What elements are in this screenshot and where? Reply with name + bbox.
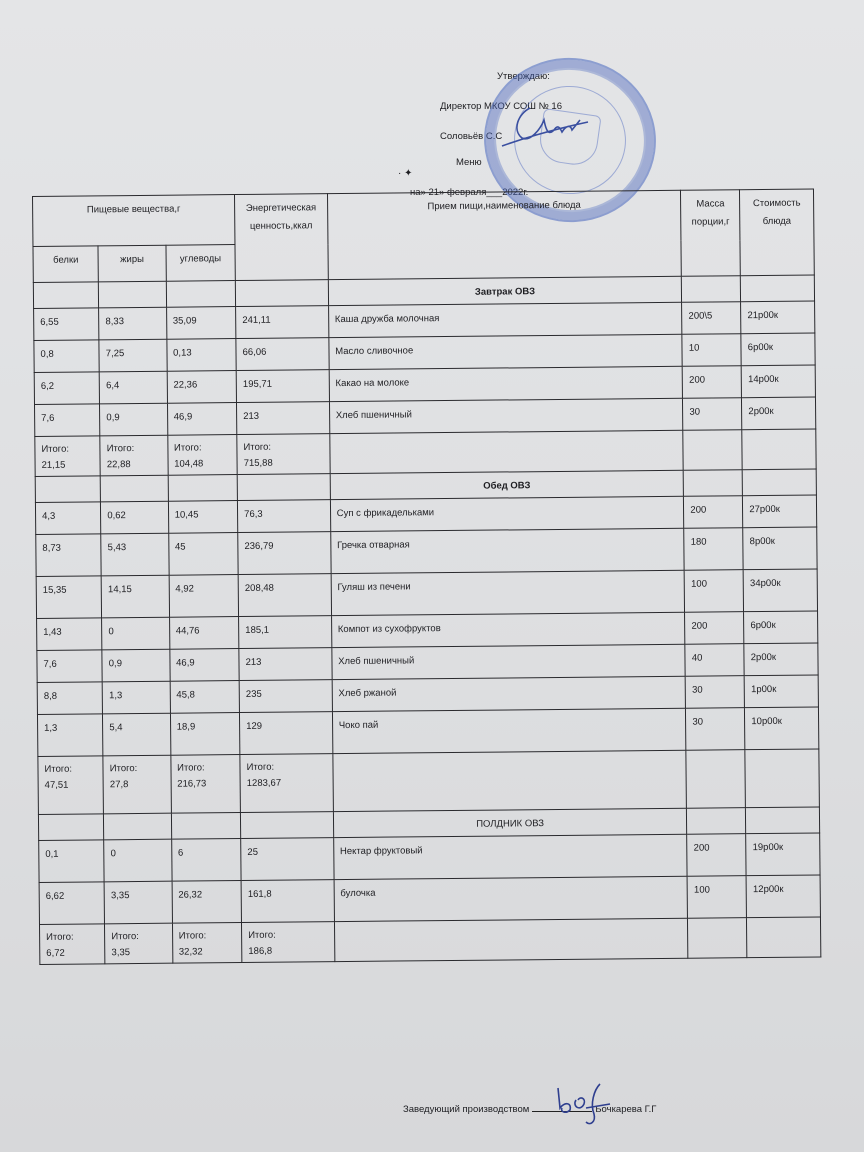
cell-name: Гуляш из печени — [331, 570, 685, 615]
total-value: 6,72 — [46, 946, 98, 963]
empty-cell — [682, 276, 741, 303]
cell-proteins: 15,35 — [36, 576, 102, 619]
cell-cost: 10р00к — [745, 707, 819, 750]
total-value: 21,15 — [42, 458, 94, 475]
cell-name: Суп с фрикадельками — [330, 496, 684, 531]
total-label: Итого: — [111, 929, 166, 946]
cell-carbs: 22,36 — [167, 371, 237, 404]
cell-cost: 14р00к — [741, 365, 815, 398]
cell-energy: 241,11 — [236, 306, 329, 339]
total-value: 32,32 — [179, 944, 236, 961]
total-carbs: Итого:32,32 — [172, 923, 242, 964]
cell-energy: 236,79 — [238, 532, 331, 575]
total-fats: Итого:27,8 — [103, 755, 171, 814]
table-row: 0,10625Нектар фруктовый20019р00к — [39, 833, 820, 882]
cell-energy: 235 — [239, 680, 332, 713]
empty-cell — [683, 430, 742, 471]
empty-cell — [684, 470, 743, 497]
cell-name: Компот из сухофруктов — [331, 612, 685, 647]
cell-fats: 0,9 — [100, 403, 168, 436]
signature-line — [532, 1111, 592, 1112]
cell-fats: 3,35 — [104, 881, 172, 924]
cell-mass: 200\5 — [682, 302, 741, 335]
cell-cost: 19р00к — [746, 833, 820, 876]
cell-energy: 208,48 — [238, 574, 331, 617]
cell-fats: 0 — [102, 617, 170, 650]
cell-energy: 185,1 — [239, 616, 332, 649]
total-label: Итого: — [243, 439, 323, 456]
cell-proteins: 6,55 — [34, 308, 100, 341]
cell-proteins: 4,3 — [35, 502, 101, 535]
cell-mass: 40 — [685, 644, 744, 677]
cell-name: Масло сливочное — [329, 334, 683, 369]
cell-carbs: 45 — [168, 533, 238, 576]
cell-name: Хлеб ржаной — [332, 676, 686, 711]
cell-cost: 21р00к — [741, 301, 815, 334]
cell-mass: 200 — [687, 834, 746, 877]
cell-carbs: 44,76 — [169, 617, 239, 650]
cell-name: Хлеб пшеничный — [329, 398, 683, 433]
header-nutrients: Пищевые вещества,г — [33, 195, 236, 247]
cell-proteins: 6,2 — [34, 372, 100, 405]
empty-cell — [99, 281, 167, 308]
cell-mass: 180 — [684, 528, 743, 571]
total-energy: Итого:1283,67 — [240, 754, 333, 813]
cell-proteins: 8,8 — [37, 682, 103, 715]
cell-energy: 66,06 — [236, 338, 329, 371]
cell-name: Чоко пай — [332, 708, 686, 753]
document-page: Утверждаю: Директор МКОУ СОШ № 16 Соловь… — [0, 0, 864, 1152]
total-label: Итого: — [177, 760, 234, 777]
empty-cell — [38, 814, 103, 841]
total-energy: Итого:186,8 — [242, 922, 335, 963]
total-label: Итого: — [41, 441, 93, 458]
cell-mass: 200 — [684, 496, 743, 529]
empty-cell — [329, 430, 683, 473]
empty-cell — [747, 917, 821, 958]
total-label: Итого: — [174, 440, 231, 457]
empty-cell — [745, 749, 819, 808]
empty-cell — [104, 813, 172, 840]
cell-carbs: 18,9 — [170, 713, 240, 756]
total-label: Итого: — [110, 761, 165, 778]
cell-energy: 25 — [241, 838, 334, 881]
total-carbs: Итого:104,48 — [167, 435, 237, 476]
total-proteins: Итого:47,51 — [38, 756, 104, 815]
empty-cell — [688, 918, 747, 959]
empty-cell — [687, 808, 746, 835]
cell-fats: 7,25 — [99, 339, 167, 372]
empty-cell — [334, 918, 688, 961]
total-fats: Итого:22,88 — [100, 435, 168, 476]
cell-carbs: 26,32 — [172, 881, 242, 924]
menu-title: Меню — [456, 158, 482, 168]
cell-fats: 0 — [104, 839, 172, 882]
cell-mass: 200 — [683, 366, 742, 399]
cell-name: Каша дружба молочная — [328, 302, 682, 337]
total-value: 186,8 — [248, 943, 328, 960]
cell-cost: 27р00к — [743, 495, 817, 528]
total-proteins: Итого:6,72 — [39, 924, 105, 965]
cell-energy: 129 — [240, 712, 333, 755]
cell-energy: 195,71 — [236, 370, 329, 403]
cell-fats: 0,9 — [102, 649, 170, 682]
section-title: Завтрак ОВЗ — [328, 276, 682, 305]
empty-cell — [171, 813, 241, 840]
cell-energy: 213 — [237, 402, 330, 435]
cell-name: Гречка отварная — [330, 528, 684, 573]
cell-mass: 30 — [685, 676, 744, 709]
cell-name: Хлеб пшеничный — [332, 644, 686, 679]
cell-carbs: 10,45 — [168, 501, 238, 534]
cell-fats: 0,62 — [101, 501, 169, 534]
cell-fats: 1,3 — [102, 681, 170, 714]
cell-carbs: 6 — [171, 839, 241, 882]
header-proteins: белки — [33, 246, 99, 283]
table-row: 8,735,4345236,79Гречка отварная1808р00к — [36, 527, 817, 576]
header-mass: Масса порции,г — [681, 190, 741, 277]
production-manager-role: Заведующий производством — [403, 1104, 529, 1115]
empty-cell — [33, 282, 98, 309]
cell-proteins: 1,3 — [37, 714, 103, 757]
cell-proteins: 1,43 — [37, 618, 103, 651]
cell-carbs: 45,8 — [170, 681, 240, 714]
total-value: 1283,67 — [247, 775, 327, 792]
cell-carbs: 46,9 — [167, 403, 237, 436]
cell-cost: 1р00к — [744, 675, 818, 708]
total-row: Итого:47,51Итого:27,8Итого:216,73Итого:1… — [38, 749, 820, 814]
section-title: Обед ОВЗ — [330, 470, 684, 499]
cell-carbs: 46,9 — [169, 649, 239, 682]
empty-cell — [241, 812, 334, 839]
total-label: Итого: — [248, 927, 328, 944]
cell-cost: 2р00к — [742, 397, 816, 430]
empty-cell — [741, 275, 815, 302]
table-row: 15,3514,154,92208,48Гуляш из печени10034… — [36, 569, 817, 618]
cell-cost: 8р00к — [743, 527, 817, 570]
cell-fats: 6,4 — [99, 371, 167, 404]
table-row: 1,35,418,9129Чоко пай3010р00к — [37, 707, 818, 756]
cell-name: булочка — [334, 876, 688, 921]
cell-fats: 8,33 — [99, 307, 167, 340]
cell-proteins: 0,8 — [34, 340, 100, 373]
cell-carbs: 35,09 — [166, 307, 236, 340]
cell-name: Нектар фруктовый — [333, 834, 687, 879]
total-label: Итого: — [44, 761, 96, 778]
total-label: Итого: — [107, 441, 162, 458]
cell-cost: 6р00к — [744, 611, 818, 644]
cell-mass: 200 — [685, 612, 744, 645]
cell-cost: 2р00к — [744, 643, 818, 676]
cell-mass: 100 — [684, 570, 743, 613]
director-name: Соловьёв С.С — [440, 132, 502, 142]
total-proteins: Итого:21,15 — [35, 436, 101, 477]
cell-proteins: 6,62 — [39, 882, 105, 925]
empty-cell — [333, 750, 687, 811]
total-energy: Итого:715,88 — [237, 434, 330, 475]
section-title: ПОЛДНИК ОВЗ — [333, 808, 687, 837]
empty-cell — [746, 807, 820, 834]
total-carbs: Итого:216,73 — [170, 755, 240, 814]
total-row: Итого:6,72Итого:3,35Итого:32,32Итого:186… — [39, 917, 820, 964]
empty-cell — [168, 475, 238, 502]
approve-label: Утверждаю: — [497, 72, 550, 82]
cell-mass: 30 — [683, 398, 742, 431]
total-value: 3,35 — [111, 945, 166, 962]
empty-cell — [742, 469, 816, 496]
table-row: 6,623,3526,32161,8булочка10012р00к — [39, 875, 820, 924]
header-fats: жиры — [98, 245, 166, 282]
cell-carbs: 4,92 — [169, 575, 239, 618]
cell-proteins: 7,6 — [35, 404, 101, 437]
ink-mark: · ✦ — [398, 168, 413, 179]
total-value: 22,88 — [107, 457, 162, 474]
empty-cell — [742, 429, 816, 470]
production-manager-name: Бочкарева Г.Г — [595, 1104, 656, 1115]
total-value: 216,73 — [177, 776, 234, 793]
cell-proteins: 0,1 — [39, 840, 105, 883]
cell-proteins: 8,73 — [36, 534, 102, 577]
empty-cell — [35, 476, 100, 503]
total-label: Итого: — [247, 759, 327, 776]
empty-cell — [237, 474, 330, 501]
cell-energy: 213 — [239, 648, 332, 681]
cell-cost: 34р00к — [743, 569, 817, 612]
total-value: 27,8 — [110, 777, 165, 794]
cell-mass: 10 — [682, 334, 741, 367]
cell-fats: 14,15 — [101, 575, 169, 618]
manager-signature-icon — [550, 1078, 630, 1128]
empty-cell — [166, 281, 236, 308]
cell-mass: 30 — [686, 708, 745, 751]
cell-mass: 100 — [687, 876, 746, 919]
header-cost: Стоимость блюда — [740, 189, 815, 276]
cell-fats: 5,43 — [101, 533, 169, 576]
total-label: Итого: — [179, 928, 236, 945]
empty-cell — [100, 475, 168, 502]
cell-cost: 12р00к — [746, 875, 820, 918]
director-title: Директор МКОУ СОШ № 16 — [440, 102, 562, 112]
empty-cell — [686, 750, 745, 809]
total-value: 104,48 — [174, 456, 231, 473]
empty-cell — [235, 280, 328, 307]
header-energy: Энергетическая ценность,ккал — [235, 194, 328, 281]
cell-cost: 6р00к — [741, 333, 815, 366]
cell-proteins: 7,6 — [37, 650, 103, 683]
cell-energy: 161,8 — [241, 880, 334, 923]
total-fats: Итого:3,35 — [105, 923, 173, 964]
header-meal: Прием пищи,наименование блюда — [327, 190, 681, 279]
header-carbs: углеводы — [166, 245, 236, 282]
menu-table: Пищевые вещества,г Энергетическая ценнос… — [32, 188, 821, 964]
total-value: 715,88 — [244, 455, 324, 472]
production-manager-signature: Заведующий производствомБочкарева Г.Г — [403, 1104, 656, 1115]
cell-energy: 76,3 — [238, 500, 331, 533]
total-label: Итого: — [46, 929, 98, 946]
cell-fats: 5,4 — [103, 713, 171, 756]
cell-carbs: 0,13 — [166, 339, 236, 372]
cell-name: Какао на молоке — [329, 366, 683, 401]
total-value: 47,51 — [45, 778, 97, 795]
